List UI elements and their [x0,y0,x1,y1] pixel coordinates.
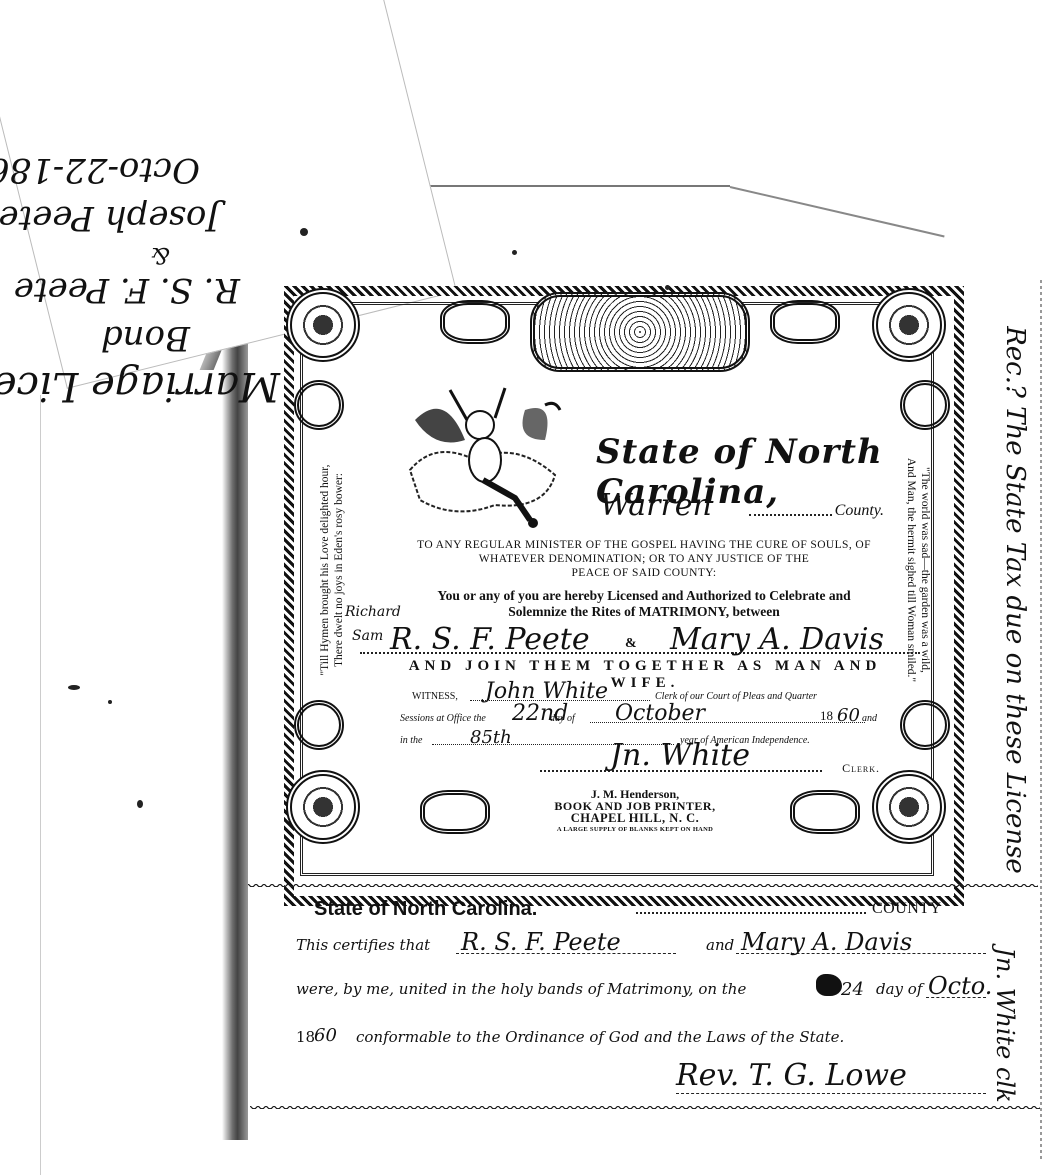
sessions-label: Sessions at Office the [400,713,486,724]
month-value: October [615,701,705,726]
dashed-line [676,1093,986,1094]
conformable-text: conformable to the Ordinance of God and … [356,1028,844,1046]
clerk-note-text: Jn. White clk [991,947,1019,1102]
county-label: County. [835,502,884,520]
docket-note: Marriage Licen Bond R. S. F. Peete & Jos… [0,50,280,410]
certifies-text: This certifies that [296,936,430,954]
certificate-year: 60 [314,1025,337,1046]
scroll-ornament [294,700,344,750]
year-suffix: 60 [837,705,860,726]
tax-note-text: Rec.? The State Tax due on these License [1000,326,1030,874]
border-verse-left: "Till Hymen brought his Love delighted h… [312,440,352,700]
day-label: day of [876,980,922,998]
clerk-label: Clerk. [842,761,880,776]
certificate-title: State of North Carolina. [314,898,537,921]
scroll-ornament [294,380,344,430]
clerk-signature-field: Jn. White Clerk. [540,742,880,778]
certificate-bride: Mary A. Davis [741,928,912,956]
county-value: Warren [600,488,712,523]
authorization-line: Solemnize the Rites of MATRIMONY, betwee… [380,604,908,620]
clerk-signature: Jn. White [610,738,750,773]
day-label: day of [550,713,575,724]
top-ornament [530,292,750,372]
scan-speck [300,228,308,236]
authorization-line: You or any of you are hereby Licensed an… [380,588,908,604]
scan-speck [665,285,670,290]
wavy-divider [248,884,1038,892]
docket-line: Joseph Peete [0,194,280,242]
dotted-line [749,514,832,516]
county-field: Warren County. [594,490,884,522]
address-line: PEACE OF SAID COUNTY: [380,566,908,580]
docket-line: Bond [0,314,280,362]
scroll-ornament [900,700,950,750]
cherub-illustration [405,380,565,530]
scroll-ornament [770,300,840,344]
corner-ornament [286,288,360,362]
docket-line: Octo-22-1860 [0,146,280,194]
verse-line: There dwelt no joys in Eden's rosy bower… [333,473,345,667]
docket-line: Marriage Licen [0,362,280,410]
minister-signature-field: Rev. T. G. Lowe [676,1060,986,1100]
scroll-ornament [790,790,860,834]
authorization-text: You or any of you are hereby Licensed an… [380,588,908,620]
license-address: TO ANY REGULAR MINISTER OF THE GOSPEL HA… [380,538,908,580]
bride-name: Mary A. Davis [670,622,884,657]
witness-label: WITNESS, [412,691,458,702]
scroll-ornament [420,790,490,834]
year-prefix: 18 [820,708,833,724]
dotted-line [636,912,866,914]
certificate-line-2: were, by me, united in the holy bands of… [296,968,986,1002]
printer-imprint: J. M. Henderson, BOOK AND JOB PRINTER, C… [500,788,770,836]
certificate-groom: R. S. F. Peete [461,928,621,956]
in-the-label: in the [400,735,423,746]
margin-clerk-note: Jn. White clk [975,930,1035,1120]
certificate-county-label: COUNTY [872,900,942,918]
address-line: WHATEVER DENOMINATION; OR TO ANY JUSTICE… [380,552,908,566]
ampersand: & [625,636,637,652]
groom-name: R. S. F. Peete [390,622,590,657]
date-row: Sessions at Office the 22nd day of Octob… [400,706,900,726]
scan-speck [512,250,517,255]
fold-shadow [222,340,248,1140]
certificate-day: 24 [841,979,864,1000]
address-line: TO ANY REGULAR MINISTER OF THE GOSPEL HA… [380,538,908,552]
and-label: and [706,936,734,954]
margin-annotation: Richard [345,604,401,620]
and-label: and [862,713,877,724]
united-text: were, by me, united in the holy bands of… [296,980,746,998]
paper-edge [730,186,945,237]
certificate-line-1: This certifies that R. S. F. Peete and M… [296,924,986,958]
scan-speck [137,800,143,808]
ink-blot [816,974,842,996]
verse-line: "Till Hymen brought his Love delighted h… [319,464,331,675]
scan-speck [108,700,112,704]
margin-tax-note: Rec.? The State Tax due on these License [985,300,1045,900]
wavy-divider [250,1106,1040,1114]
printer-location: CHAPEL HILL, N. C. [500,812,770,824]
parties-field: R. S. F. Peete & Mary A. Davis [360,622,920,658]
scroll-ornament [440,300,510,344]
docket-line: & [0,242,280,266]
independence-year: 85th [470,727,512,748]
corner-ornament [872,770,946,844]
scroll-ornament [900,380,950,430]
year-prefix: 18 [296,1028,315,1046]
corner-ornament [872,288,946,362]
corner-ornament [286,770,360,844]
docket-line: R. S. F. Peete [0,266,280,314]
minister-signature: Rev. T. G. Lowe [676,1058,907,1093]
printer-note: A LARGE SUPPLY OF BLANKS KEPT ON HAND [500,824,770,836]
certificate-line-3: 18 60 conformable to the Ordinance of Go… [296,1016,986,1050]
scan-speck [68,685,80,690]
